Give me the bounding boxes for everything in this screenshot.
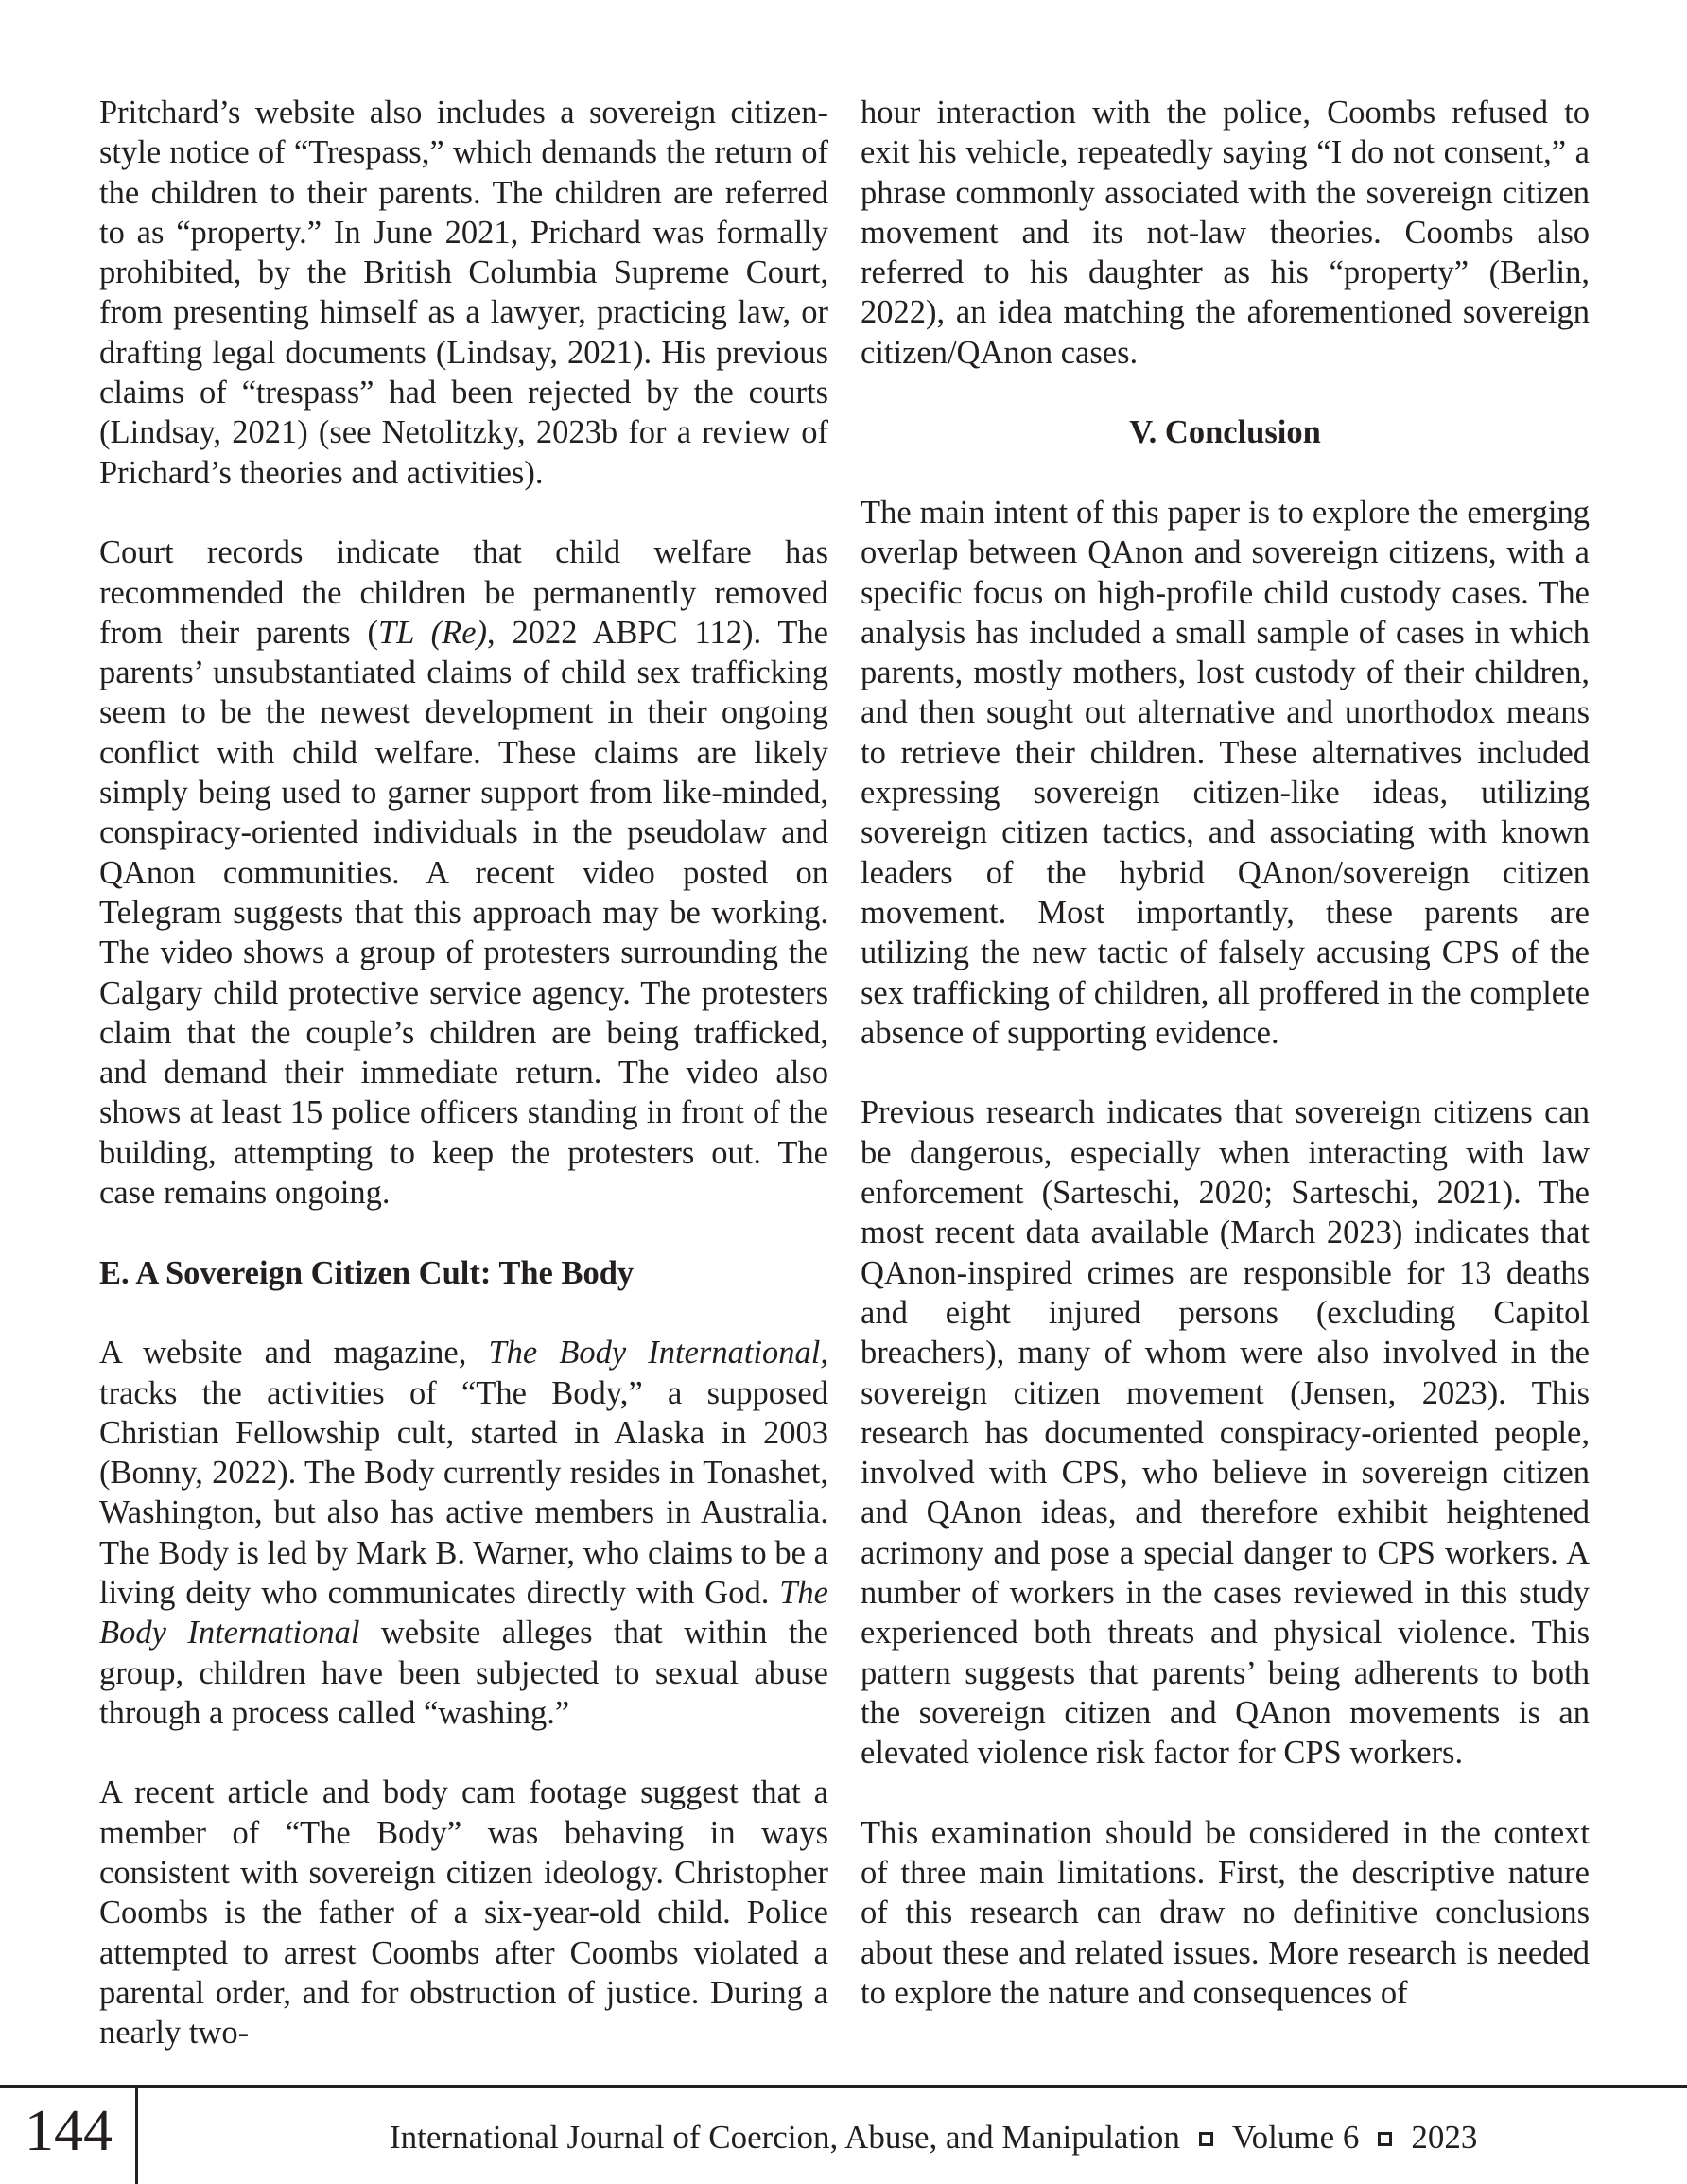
- publication-title-italic: The Body International,: [488, 1335, 828, 1371]
- journal-title: International Journal of Coercion, Abuse…: [390, 2119, 1180, 2156]
- square-separator-icon: [1378, 2132, 1392, 2146]
- paragraph-previous-research: Previous research indicates that soverei…: [861, 1092, 1590, 1773]
- footer-rule: [0, 2085, 1687, 2088]
- page-number: 144: [25, 2102, 113, 2160]
- footer-divider: [135, 2087, 138, 2184]
- left-column: Pritchard’s website also includes a sove…: [99, 93, 828, 2053]
- paragraph-body-international: A website and magazine, The Body Interna…: [99, 1333, 828, 1733]
- paragraph-court-records: Court records indicate that child welfar…: [99, 533, 828, 1213]
- paragraph-pritchard-website: Pritchard’s website also includes a sove…: [99, 93, 828, 493]
- text-run: A website and magazine,: [99, 1335, 488, 1371]
- journal-volume: Volume 6: [1232, 2119, 1360, 2156]
- square-separator-icon: [1199, 2132, 1213, 2146]
- paragraph-coombs-continued: hour interaction with the police, Coombs…: [861, 93, 1590, 373]
- paragraph-coombs: A recent article and body cam footage su…: [99, 1773, 828, 2053]
- text-run: , 2022 ABPC 112). The parents’ unsubstan…: [99, 615, 828, 1211]
- running-footer: International Journal of Coercion, Abuse…: [390, 2119, 1477, 2157]
- text-run: tracks the activities of “The Body,” a s…: [99, 1375, 828, 1611]
- paragraph-main-intent: The main intent of this paper is to expl…: [861, 493, 1590, 1053]
- case-citation-italic: TL (Re): [378, 615, 487, 651]
- section-heading-e: E. A Sovereign Citizen Cult: The Body: [99, 1253, 828, 1293]
- right-column: hour interaction with the police, Coombs…: [861, 93, 1590, 2013]
- paragraph-limitations: This examination should be considered in…: [861, 1813, 1590, 2013]
- journal-year: 2023: [1411, 2119, 1477, 2156]
- section-heading-conclusion: V. Conclusion: [861, 412, 1590, 452]
